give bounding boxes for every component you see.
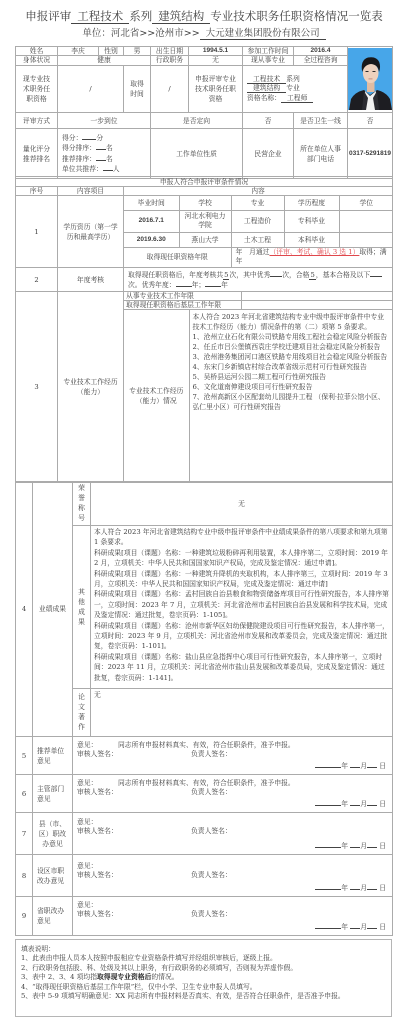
papers-label: 论文著作 xyxy=(73,689,91,737)
work-years-label: 从事专业技术工作年限 xyxy=(124,292,241,301)
qual-years-red-note: （评审、考试、确认 3 选 1） xyxy=(269,248,359,256)
opinion-label: 主管部门意见 xyxy=(33,775,73,813)
experience-item: 7、沧州高新区小区配套幼儿园提升工程 （保利·拉菲公馆小区、弘仁里小区）可行性研… xyxy=(193,392,391,412)
title-major: 建筑结构 xyxy=(152,9,210,24)
title-suffix: 专业技术职务任职资格情况一览表 xyxy=(210,9,383,23)
experience-intro: 本人符合 2023 年河北省建筑结构专业中级申报评审条件中专业技术工作经历（能力… xyxy=(193,312,391,332)
leader-signature-label: 负责人签名： xyxy=(191,871,232,879)
unit-line: 单位：河北省>>沧州市>>大元建业集团股份有限公司 xyxy=(0,27,408,40)
note-item: 5、表中 5-9 项填写明确意见：XX 同志所有申报材料是否真实、有效，是否符合… xyxy=(21,992,386,1001)
honor-value: 无 xyxy=(91,482,393,526)
experience-label: 专业技术工作经历（能力） xyxy=(58,292,124,483)
grassroots-years-label: 取得现任职资格后基层工作年限 xyxy=(124,301,241,310)
edu-school: 燕山大学 xyxy=(179,232,231,247)
qual-years-text-1: 年 月通过 xyxy=(236,248,270,256)
directed-label: 是否定向 xyxy=(151,113,243,129)
day-label: 日 xyxy=(379,842,386,850)
col-content-header: 内容 xyxy=(124,187,393,196)
annual-text: 次，合格 xyxy=(282,271,309,279)
apply-series-suffix: 系列 xyxy=(286,75,300,83)
opinion-label: 推荐单位意见 xyxy=(33,737,73,775)
score-blank xyxy=(82,133,96,140)
gender-label: 性别 xyxy=(99,47,124,56)
experience-item: 6、文化道南伸建设项目可行性研究报告 xyxy=(193,382,391,392)
annual-text: 次，其中优秀 xyxy=(229,271,270,279)
title-series: 工程技术 xyxy=(71,9,129,24)
honor-label-text: 荣誉称号 xyxy=(78,483,86,523)
admin-post-label: 行政职务 xyxy=(151,56,189,65)
note-item: 1、此表由申报人员本人按照申报相应专业资格条件填写并经组织审核后，逐级上报。 xyxy=(21,954,386,963)
other-achievements: 本人符合 2023 年河北省建筑结构专业中级申报评审条件中业绩成果条件的第八项要… xyxy=(91,526,393,689)
reviewer-signature-label: 审核人签名： xyxy=(77,827,118,835)
opinion-label: 设区市职改办意见 xyxy=(33,855,73,897)
note-item: 4、“取得现任职资格后基层工作年限”栏，仅中小学、卫生专业申报人员填写。 xyxy=(21,983,386,992)
other-intro: 本人符合 2023 年河北省建筑结构专业中级申报评审条件中业绩成果条件的第八项要… xyxy=(94,527,389,548)
achievements-opinions-table: 4 业绩成果 荣誉称号 无 其他成果 本人符合 2023 年河北省建筑结构专业中… xyxy=(15,481,393,936)
opinion-cell: 意见： 审核人签名： 负责人签名： 年 月 日 xyxy=(73,897,393,936)
opinion-date: 年 月 日 xyxy=(315,841,386,850)
qual-name: 工程师 xyxy=(281,94,313,103)
experience-detail-label: 专业技术工作经历（能力）情况 xyxy=(124,310,189,482)
apply-qual-value: 工程技术系列 建筑结构专业 资格名称：工程师 xyxy=(243,65,348,112)
opinion-row: 9 省职改办意见 意见： 审核人签名： 负责人签名： 年 月 日 xyxy=(16,897,393,936)
recommend-rank-label: 推荐排序： xyxy=(62,155,96,163)
opinion-no: 6 xyxy=(16,775,33,813)
frontline-value: 否 xyxy=(348,113,393,129)
review-method-value: 一步到位 xyxy=(58,113,151,129)
year-blank xyxy=(315,799,341,806)
opinion-label: 县（市、区）职改办意见 xyxy=(33,813,73,855)
obtain-time-value: / xyxy=(151,65,189,112)
education-no: 1 xyxy=(16,196,58,268)
papers-value: 无 xyxy=(91,689,393,737)
opinion-text: 同志所有申报材料真实、有效，符合任职条件，准予申报。 xyxy=(118,741,295,749)
leader-signature-label: 负责人签名： xyxy=(191,788,232,796)
annual-content: 取得现任职资格后，年度考核共5次，其中优秀次，合格5，基本合格及以下次。优秀年度… xyxy=(124,268,393,292)
opinion-no: 5 xyxy=(16,737,33,775)
apply-major: 建筑结构 xyxy=(247,84,286,93)
opinion-cell: 意见： 同志所有申报材料真实、有效，符合任职条件，准予申报。 审核人签名： 负责… xyxy=(73,737,393,775)
unit-total-label: 单位共推荐： xyxy=(62,165,103,173)
year-label: 年 xyxy=(341,884,348,892)
day-label: 日 xyxy=(379,800,386,808)
year-label: 年 xyxy=(341,762,348,770)
edu-header-degree: 学位 xyxy=(339,196,393,210)
obtain-time-label: 取得时间 xyxy=(124,65,151,112)
research-item: 科研成果[项目（课题）名称：盐山县应急指挥中心项目可行性研究报告，本人排序第一，… xyxy=(94,652,389,683)
basic-info-table: 姓名 李庆 性别 男 出生日期 1994.5.1 参加工作时间 2016.4 xyxy=(15,46,393,179)
title-prefix: 申报评审 xyxy=(25,9,71,23)
col-item-header: 内容项目 xyxy=(58,187,124,196)
portrait-image xyxy=(348,48,393,110)
research-item: 科研成果[项目（课题）名称：一种建筑升降机的夹取机构，本人排序第三，立项时间：2… xyxy=(94,569,389,590)
conditions-table: 申报人符合申报评审条件情况 序号 内容项目 内容 1 学历资历（第一学历和最高学… xyxy=(15,176,393,483)
edu-header-grad-time: 毕业时间 xyxy=(124,196,179,210)
edu-header-major: 专业 xyxy=(231,196,284,210)
annual-text: 次。优秀年度： xyxy=(128,281,176,289)
unit-nature-value: 民营企业 xyxy=(243,129,294,179)
apply-qual-label: 申报评审专业技术职务任职资格 xyxy=(189,65,243,112)
recommend-rank-unit: 名 xyxy=(106,155,113,163)
year-blank xyxy=(315,841,341,848)
year-label: 年 xyxy=(341,923,348,931)
month-blank xyxy=(350,883,360,890)
day-blank xyxy=(367,883,377,890)
month-label: 月 xyxy=(360,800,367,808)
opinion-row: 6 主管部门意见 意见： 同志所有申报材料真实、有效，符合任职条件，准予申报。 … xyxy=(16,775,393,813)
month-label: 月 xyxy=(360,884,367,892)
opinion-no: 9 xyxy=(16,897,33,936)
unit-total-blank xyxy=(103,164,113,171)
recommend-rank-blank xyxy=(96,154,106,161)
day-label: 日 xyxy=(379,762,386,770)
opinion-cell: 意见： 审核人签名： 负责人签名： 年 月 日 xyxy=(73,855,393,897)
health-label: 身体状况 xyxy=(16,56,58,65)
applicant-photo xyxy=(348,47,393,113)
apply-major-suffix: 专业 xyxy=(286,84,300,92)
edu-header-level: 学历程度 xyxy=(284,196,339,210)
opinion-no: 7 xyxy=(16,813,33,855)
year-blank xyxy=(315,883,341,890)
note-item: 3、表中 2、3、4 项均指取得现专业资格后的情况。 xyxy=(21,973,386,982)
edu-degree xyxy=(339,232,393,247)
month-label: 月 xyxy=(360,842,367,850)
education-subtable: 毕业时间 学校 专业 学历程度 学位 2016.7.1 河北水利电力学院 工程造… xyxy=(124,196,393,267)
work-start-label: 参加工作时间 xyxy=(243,47,294,56)
ranking-values: 得分：分 得分排序：名 推荐排序：名 单位共推荐：人 xyxy=(58,129,151,179)
experience-item: 3、沧州港务集团河口港区铁路专用线项目社会稳定风险分析报告 xyxy=(193,352,391,362)
hr-phone-value: 0317-5291819 xyxy=(348,129,393,179)
education-label: 学历资历（第一学历和最高学历） xyxy=(58,196,124,268)
research-item: 科研成果[项目（课题）名称：沧州市新华区妇幼保健院建设项目可行性研究报告，本人排… xyxy=(94,621,389,652)
month-label: 月 xyxy=(360,762,367,770)
month-blank xyxy=(350,841,360,848)
opinion-date: 年 月 日 xyxy=(315,922,386,931)
ranking-label: 量化评分推荐排名 xyxy=(16,129,58,179)
annual-text: 取得现任职资格后，年度考核共 xyxy=(128,271,223,279)
leader-signature-label: 负责人签名： xyxy=(191,827,232,835)
unit-label: 单位：河北省>>沧州市>> xyxy=(82,28,199,39)
year-blank xyxy=(315,761,341,768)
note-item-3-prefix: 3、表中 2、3、4 项均指 xyxy=(21,973,97,981)
experience-item: 5、吴桥县运河公园二期工程可行性研究报告 xyxy=(193,372,391,382)
experience-subtable: 从事专业技术工作年限 取得现任职资格后基层工作年限 专业技术工作经历（能力）情况… xyxy=(124,292,393,482)
qual-years-value: 年 月通过（评审、考试、确认 3 选 1）取得；满 年 xyxy=(231,247,393,267)
experience-item: 1、沧州立业石化有限公司铁路专用线工程社会稳定风险分析报告 xyxy=(193,332,391,342)
grassroots-years-value xyxy=(241,301,393,310)
annual-text: 年； xyxy=(192,281,206,289)
edu-major: 工程造价 xyxy=(231,210,284,232)
leader-signature-label: 负责人签名： xyxy=(191,910,232,918)
current-major-label: 现从事专业 xyxy=(243,56,294,65)
reviewer-signature-label: 审核人签名： xyxy=(77,750,118,758)
month-label: 月 xyxy=(360,923,367,931)
health-value: 健康 xyxy=(58,56,151,65)
opinion-date: 年 月 日 xyxy=(315,799,386,808)
annual-excellent-blank xyxy=(270,270,282,277)
annual-below-blank xyxy=(370,270,382,277)
birth-label: 出生日期 xyxy=(151,47,189,56)
papers-label-text: 论文著作 xyxy=(78,692,86,732)
annual-year2-blank xyxy=(205,280,221,287)
page-title: 申报评审工程技术系列建筑结构专业技术职务任职资格情况一览表 xyxy=(0,8,408,24)
score-rank-unit: 名 xyxy=(106,144,113,152)
col-no-header: 序号 xyxy=(16,187,58,196)
annual-text: ，基本合格及以下 xyxy=(316,271,370,279)
opinion-label-text: 意见： xyxy=(77,901,97,909)
other-label-text: 其他成果 xyxy=(78,587,86,627)
title-series-suffix: 系列 xyxy=(129,9,152,23)
opinion-cell: 意见： 同志所有申报材料真实、有效，符合任职条件，准予申报。 审核人签名： 负责… xyxy=(73,775,393,813)
current-qual-value: / xyxy=(58,65,124,112)
unit-nature-label: 工作单位性质 xyxy=(151,129,243,179)
research-item: 科研成果[项目（课题）名称：一种建筑垃圾粉碎再利用装置，本人排序第二，立项时间：… xyxy=(94,548,389,569)
education-row: 1 学历资历（第一学历和最高学历） 毕业时间 学校 专业 学历程度 学位 201… xyxy=(16,196,393,268)
name-label: 姓名 xyxy=(16,47,58,56)
edu-major: 土木工程 xyxy=(231,232,284,247)
edu-school: 河北水利电力学院 xyxy=(179,210,231,232)
current-major-value: 全过程咨询 xyxy=(294,56,348,65)
day-blank xyxy=(367,761,377,768)
score-rank-label: 得分排序： xyxy=(62,144,96,152)
edu-level: 专科毕业 xyxy=(284,210,339,232)
note-item-3-bold: 取得现专业资格后 xyxy=(97,973,151,981)
edu-row: 2016.7.1 河北水利电力学院 工程造价 专科毕业 xyxy=(124,210,393,232)
year-label: 年 xyxy=(341,800,348,808)
day-blank xyxy=(367,922,377,929)
opinion-label-text: 意见： xyxy=(77,818,97,826)
opinion-label: 省职改办意见 xyxy=(33,897,73,936)
birth-value: 1994.5.1 xyxy=(189,47,243,56)
qual-name-label: 资格名称： xyxy=(247,94,281,102)
annual-no: 2 xyxy=(16,268,58,292)
score-rank-blank xyxy=(96,143,106,150)
experience-detail: 本人符合 2023 年河北省建筑结构专业中级申报评审条件中专业技术工作经历（能力… xyxy=(189,310,393,482)
experience-item: 4、东宋门乡新镇店村综合改革省级示范村可行性研究报告 xyxy=(193,362,391,372)
work-years-value xyxy=(241,292,393,301)
reviewer-signature-label: 审核人签名： xyxy=(77,871,118,879)
current-qual-label: 现专业技术职务任职资格 xyxy=(16,65,58,112)
experience-item: 2、任丘市吕公堡镇西袁庄学校迁建项目社会稳定风险分析报告 xyxy=(193,342,391,352)
year-blank xyxy=(315,922,341,929)
month-blank xyxy=(350,799,360,806)
day-label: 日 xyxy=(379,923,386,931)
opinion-label-text: 意见： xyxy=(77,862,97,870)
annual-text: 年 xyxy=(221,281,228,289)
opinion-date: 年 月 日 xyxy=(315,883,386,892)
edu-degree xyxy=(339,210,393,232)
edu-level: 本科毕业 xyxy=(284,232,339,247)
opinion-text: 同志所有申报材料真实、有效，符合任职条件，准予申报。 xyxy=(118,779,295,787)
qual-years-label: 取得现任职资格年限 xyxy=(124,247,231,267)
annual-year1-blank xyxy=(176,280,192,287)
edu-grad-time: 2016.7.1 xyxy=(124,210,179,232)
experience-no: 3 xyxy=(16,292,58,483)
gender-value: 男 xyxy=(124,47,151,56)
note-item-3-suffix: 的情况。 xyxy=(151,973,178,981)
research-item: 科研成果[项目（课题）名称：孟村回族自治县粮食和物资储备库项目可行性研究报告，本… xyxy=(94,589,389,620)
admin-post-value: 无 xyxy=(189,56,243,65)
notes-title: 填表说明： xyxy=(21,945,386,954)
month-blank xyxy=(350,922,360,929)
edu-grad-time: 2019.6.30 xyxy=(124,232,179,247)
review-method-label: 评审方式 xyxy=(16,113,58,129)
hr-phone-label: 所在单位人事部门电话 xyxy=(294,129,348,179)
conditions-header: 申报人符合申报评审条件情况 xyxy=(16,177,393,187)
note-item: 2、行政职务包括股、科、处级及其以上职务，有行政职务的必须填写，否则视为弄虚作假… xyxy=(21,964,386,973)
leader-signature-label: 负责人签名： xyxy=(191,750,232,758)
opinion-date: 年 月 日 xyxy=(315,761,386,770)
other-label: 其他成果 xyxy=(73,526,91,689)
frontline-label: 是否卫生一线 xyxy=(294,113,348,129)
opinion-row: 7 县（市、区）职改办意见 意见： 审核人签名： 负责人签名： 年 月 日 xyxy=(16,813,393,855)
score-unit: 分 xyxy=(96,134,103,142)
edu-row: 2019.6.30 燕山大学 土木工程 本科毕业 xyxy=(124,232,393,247)
annual-row: 2 年度考核 取得现任职资格后，年度考核共5次，其中优秀次，合格5，基本合格及以… xyxy=(16,268,393,292)
achievements-no: 4 xyxy=(16,482,33,737)
experience-content: 从事专业技术工作年限 取得现任职资格后基层工作年限 专业技术工作经历（能力）情况… xyxy=(124,292,393,483)
reviewer-signature-label: 审核人签名： xyxy=(77,910,118,918)
score-label: 得分： xyxy=(62,134,82,142)
achievements-label: 业绩成果 xyxy=(33,482,73,737)
filling-instructions: 填表说明： 1、此表由申报人员本人按照申报相应专业资格条件填写并经组织审核后，逐… xyxy=(15,939,392,1017)
day-label: 日 xyxy=(379,884,386,892)
work-start-value: 2016.4 xyxy=(294,47,348,56)
unit-total-unit: 人 xyxy=(113,165,120,173)
opinion-row: 8 设区市职改办意见 意见： 审核人签名： 负责人签名： 年 月 日 xyxy=(16,855,393,897)
year-label: 年 xyxy=(341,842,348,850)
opinion-row: 5 推荐单位意见 意见： 同志所有申报材料真实、有效，符合任职条件，准予申报。 … xyxy=(16,737,393,775)
edu-header-school: 学校 xyxy=(179,196,231,210)
day-blank xyxy=(367,799,377,806)
day-blank xyxy=(367,841,377,848)
opinion-cell: 意见： 审核人签名： 负责人签名： 年 月 日 xyxy=(73,813,393,855)
directed-value: 否 xyxy=(243,113,294,129)
opinion-label-text: 意见： xyxy=(77,779,97,787)
annual-label: 年度考核 xyxy=(58,268,124,292)
opinion-no: 8 xyxy=(16,855,33,897)
opinion-label-text: 意见： xyxy=(77,741,97,749)
month-blank xyxy=(350,761,360,768)
name-value: 李庆 xyxy=(58,47,99,56)
apply-series: 工程技术 xyxy=(247,75,286,84)
education-content: 毕业时间 学校 专业 学历程度 学位 2016.7.1 河北水利电力学院 工程造… xyxy=(124,196,393,268)
experience-row: 3 专业技术工作经历（能力） 从事专业技术工作年限 取得现任职资格后基层工作年限… xyxy=(16,292,393,483)
honor-label: 荣誉称号 xyxy=(73,482,91,526)
reviewer-signature-label: 审核人签名： xyxy=(77,788,118,796)
unit-name: 大元建业集团股份有限公司 xyxy=(200,28,326,40)
